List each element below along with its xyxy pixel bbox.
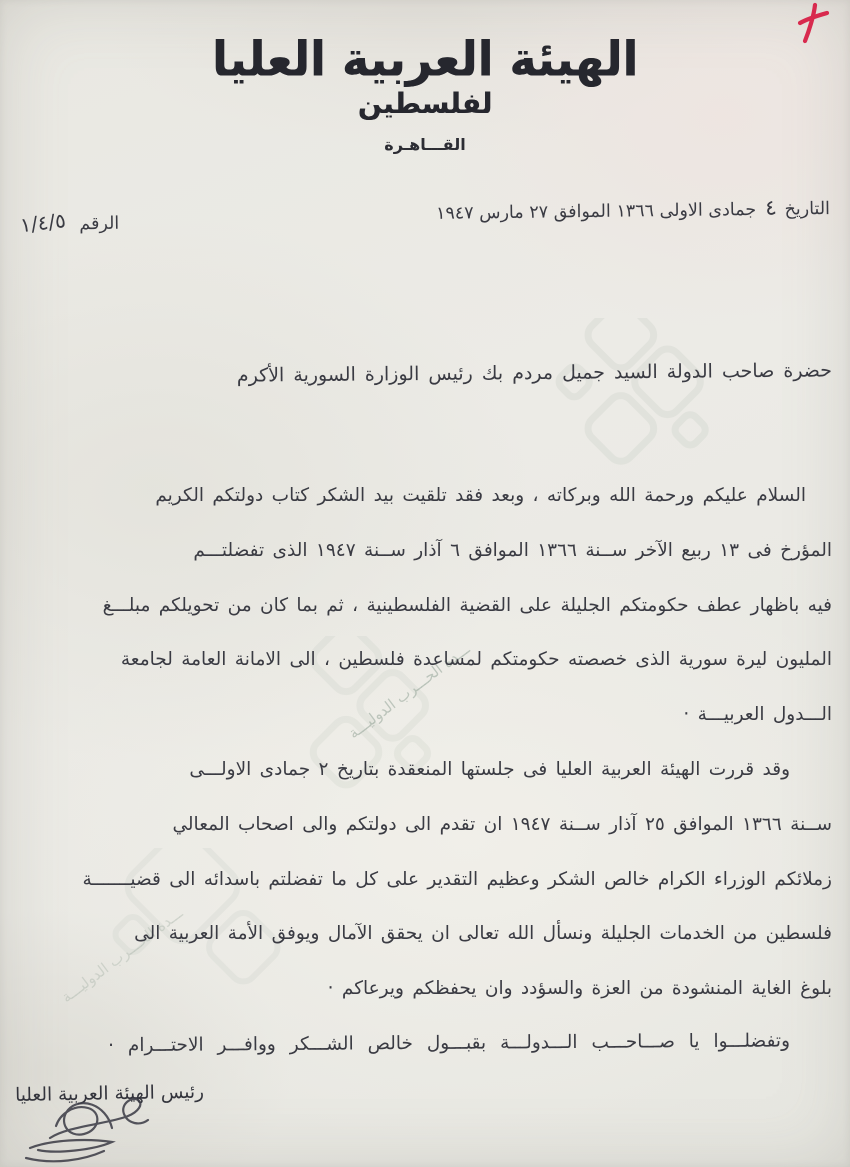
body-line: بلوغ الغاية المنشودة من العزة والسؤدد وا… xyxy=(18,962,832,1017)
body-line: ســنة ١٣٦٦ الموافق ٢٥ آذار ســنة ١٩٤٧ ان… xyxy=(18,798,832,853)
body-line: وقد قررت الهيئة العربية العليا فى جلستها… xyxy=(18,743,832,798)
handwritten-signature xyxy=(16,1088,166,1166)
number-value-handwritten: ١/٤/٥ xyxy=(19,208,67,237)
date-rest: جمادى الاولى ١٣٦٦ الموافق ٢٧ مارس ١٩٤٧ xyxy=(436,200,756,224)
organization-title: الهيئة العربية العليا xyxy=(0,33,850,86)
body-line: زملائكم الوزراء الكرام خالص الشكر وعظيم … xyxy=(18,853,832,908)
date-label: التاريخ xyxy=(784,199,830,220)
body-line: المؤرخ فى ١٣ ربيع الآخر ســنة ١٣٦٦ الموا… xyxy=(18,524,832,579)
date-day-handwritten: ٤ xyxy=(763,195,778,220)
letterhead-city: القـــاهـرة xyxy=(0,135,850,154)
number-line: الرقم ١/٤/٥ xyxy=(20,210,119,235)
body-line: المليون ليرة سورية الذى خصصته حكومتكم لم… xyxy=(18,633,832,688)
letterhead: الهيئة العربية العليا لفلسطين القـــاهـر… xyxy=(0,34,850,154)
scanned-letter-page: ـــدة الحـــرب الدوليـــة ـــدة الحـــرب… xyxy=(0,0,850,1167)
body-line: فيه باظهار عطف حكومتكم الجليلة على القضي… xyxy=(18,579,832,634)
closing-line: وتفضلـــوا يا صـــاحـــب الـــدولـــة بق… xyxy=(18,1014,832,1074)
organization-region: لفلسطين xyxy=(0,87,850,120)
watermark-lattice-top xyxy=(520,318,750,488)
letter-body: السلام عليكم ورحمة الله وبركاته ، وبعد ف… xyxy=(18,469,832,1072)
date-line: التاريخ ٤ جمادى الاولى ١٣٦٦ الموافق ٢٧ م… xyxy=(436,195,830,224)
body-line: السلام عليكم ورحمة الله وبركاته ، وبعد ف… xyxy=(18,469,832,524)
number-label: الرقم xyxy=(79,214,119,234)
body-line: فلسطين من الخدمات الجليلة ونسأل الله تعا… xyxy=(18,907,832,962)
body-line: الـــدول العربيـــة · xyxy=(18,688,832,743)
